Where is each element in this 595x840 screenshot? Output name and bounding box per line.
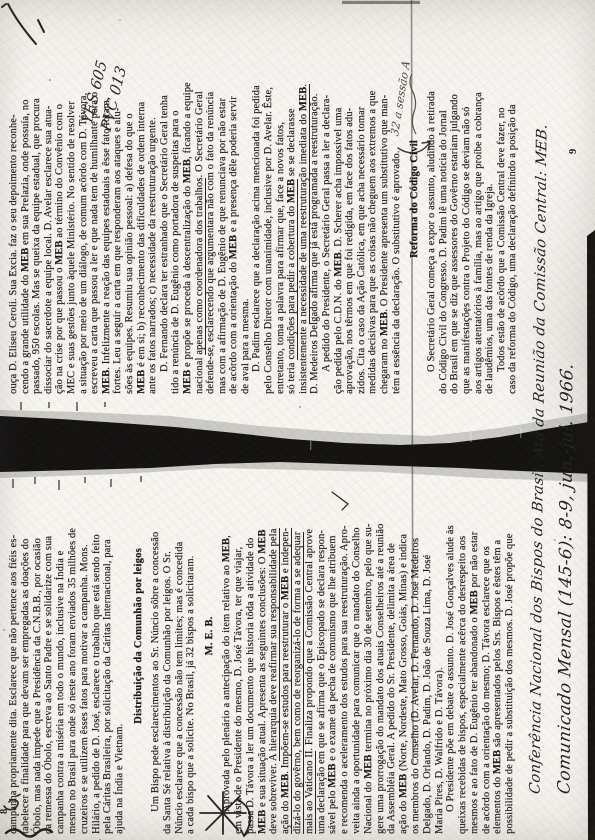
section-heading: M. E. B.	[204, 438, 216, 834]
text-line: pelo Conselho Diretor com unanimidade, i…	[263, 4, 275, 394]
text-line: campanha propriamente dita. Esclarece qu…	[8, 438, 20, 834]
text-line: deve sobreviver. A hierarquia deve reafi…	[268, 438, 280, 834]
text-line: aos artigos atentatórios à família, mas …	[473, 4, 485, 394]
text-line: dizá-lo do govêrno, bem como de reorgani…	[292, 438, 304, 834]
text-line: D. Padim esclarece que a declaração acim…	[251, 4, 263, 394]
text-line: Aprovada pelo plenário a antecipação do …	[221, 438, 233, 834]
text-line: passa D. Távora a ler um documento que h…	[245, 438, 257, 834]
handwritten-citation-line-2: Comunicado Mensal (145-6): 8-9, jun.-jul…	[555, 362, 578, 796]
text-line: caso da reforma do Código, uma declaraçã…	[507, 4, 519, 394]
text-line: uma declaração em que se afirma que o Ep…	[316, 438, 328, 834]
text-line: MEB e propõe se proceda à descentralizaç…	[182, 4, 194, 394]
text-line: ouça D. Eliseu Ceroli. Sua Excia. faz o …	[8, 4, 20, 394]
text-line: da Santa Sé relativa à distribuição da C…	[162, 438, 174, 834]
text-line: a cada bispo que a solicite. No Brasil, …	[185, 438, 197, 834]
text-line: defende-se, esclarecendo que argumentara…	[205, 4, 217, 394]
text-line: do Brasil em que se diz que assessores d…	[449, 4, 461, 394]
text-line: só teria condições para pedir a cobertur…	[286, 4, 298, 394]
text-line: de acôrdo com a orientação do mesmo; D. …	[481, 438, 493, 834]
text-line: pela Cáritas Brasileira, por solicitação…	[102, 438, 114, 834]
scanned-book-spread: campanha propriamente dita. Esclarece qu…	[0, 0, 595, 840]
text-line: O Presidente põe em debate o assunto. D.…	[445, 438, 457, 834]
text-line: ação do MEB. Impõem-se estudos para rees…	[280, 438, 292, 834]
text-line: possibilidade de pedir a substituição do…	[504, 438, 516, 834]
text-line: mais ao Vaticano II. Finaliza propondo q…	[304, 438, 316, 834]
text-line: dissociar do sacerdote a equipe local. D…	[43, 4, 55, 394]
text-line: insistentemente a necessidade de uma ree…	[298, 4, 310, 394]
text-line: campanha contra a miséria em todo o mund…	[55, 438, 67, 834]
text-line: do Código Civil do Congresso. D. Padim l…	[438, 4, 450, 394]
text-line: em vista de o Presidente do mesmo, D. Jo…	[233, 438, 245, 834]
text-line: tido a renúncia de D. Eugênio como porta…	[170, 4, 182, 394]
page-edge-shadow	[587, 230, 595, 840]
text-line: A pedido do Presidente, o Secretário Ger…	[321, 4, 333, 394]
text-line: da Assembléia Geral. A pedido do Sr. Pre…	[386, 438, 398, 834]
text-line: tabelecer a finalidade para que devam se…	[20, 438, 32, 834]
text-line: fortes. Leu a seguir a carta em que resp…	[112, 4, 124, 394]
text-line: D. Fernando declara ter estranhado que o…	[159, 4, 171, 394]
text-line: cruzeiros e se utilizem êsses fatos para…	[79, 438, 91, 834]
text-line: medidas decisivas para que as coisas não…	[367, 4, 379, 394]
text-line: D. Medeiros Delgado afirma que já está p…	[309, 4, 321, 394]
text-line: Nacional do MEB termina no próximo dia 3…	[363, 438, 375, 834]
text-line: e recomenda o aceleramento dos estudos p…	[339, 438, 351, 834]
text-line: ção na crise por que passou o MEB ao tér…	[54, 4, 66, 394]
text-line: ação do MEB (Norte, Nordeste, Mato Gross…	[398, 438, 410, 834]
text-line: aprovação, nos têrmos em que foi redigid…	[344, 4, 356, 394]
text-line: ante os fatos narrados; c) necessidade d…	[147, 4, 159, 394]
page-9-column: ouça D. Eliseu Ceroli. Sua Excia. faz o …	[8, 4, 519, 394]
text-line: gere uma prorrogação do mandato dos atua…	[375, 438, 387, 834]
text-line: elementos do MEB são apresentados pelos …	[492, 438, 504, 834]
text-line: O Secretário Geral começa a expor o assu…	[426, 4, 438, 394]
text-line: ajuda na Índia e Vietnam.	[114, 438, 126, 834]
page-number-8: 8	[0, 809, 10, 814]
text-line: Todos estão de acôrdo que a Comissão Cen…	[496, 4, 508, 394]
text-line: mas com a afirmação de D. Eugênio de que…	[217, 4, 229, 394]
text-line: MEB é em si; b) reconhecimento das dific…	[136, 4, 148, 394]
text-line: entretanto, toma a palavra para afirmar …	[275, 4, 287, 394]
text-line: cendo a grande utilidade do MEB em sua P…	[20, 4, 32, 394]
text-line: veita ainda a oportunidade para comunica…	[351, 438, 363, 834]
text-line: Núncio esclarece que a concessão não tem…	[174, 438, 186, 834]
text-line: Óbolo, mas nada impede que a Presidência…	[32, 438, 44, 834]
text-line: passado, 950 escolas. Mas se queixa da e…	[31, 4, 43, 394]
text-line: Maria Pires, D. Walfrido e D. Távora).	[434, 438, 446, 834]
text-line: MEC e suas gestões junto àquele Ministér…	[66, 4, 78, 394]
text-line: zidos. Cita o caso da Ação Católica, em …	[356, 4, 368, 394]
text-line: mesmos e ao fato de D. Eugênio ter aband…	[469, 438, 481, 834]
text-line: a situação por meio de um diálogo, de co…	[78, 4, 90, 394]
text-line: de acôrdo com a orientação do MEB e a pr…	[228, 4, 240, 394]
text-line: os membros do Conselho (D. Avelar, D. Fe…	[410, 438, 422, 834]
scan-canvas: campanha propriamente dita. Esclarece qu…	[0, 0, 595, 840]
text-line: Hilário, a pedido de D. José, esclarece …	[91, 438, 103, 834]
text-line: MEB e sua situação atual. Apresenta as s…	[257, 438, 269, 834]
text-line: de aval para a mesma.	[240, 4, 252, 394]
text-line: ção pedida pelo C.D.N. do MEB. D. Schere…	[333, 4, 345, 394]
text-line: de laudêmios, uma das fontes de renda da…	[484, 4, 496, 394]
text-line: queixas recebidas de bispos, especialmen…	[457, 438, 469, 834]
section-heading: Distribuição da Comunhão por leigos	[133, 438, 145, 834]
text-line: chegaram no MEB. O Presidente apresenta …	[379, 4, 391, 394]
page-number-9: 9	[568, 149, 579, 154]
text-line: Delgado, D. Orlando, D. Padim, D. João d…	[422, 438, 434, 834]
page-8-column: campanha propriamente dita. Esclarece qu…	[8, 438, 516, 834]
text-line: da remessa do Óbolo, escreva ao Santo Pa…	[43, 438, 55, 834]
text-line: nacional apenas como coordenadora dos tr…	[194, 4, 206, 394]
text-line: mesmo no Brasil para onde só neste ano f…	[67, 438, 79, 834]
text-line: que as manifestações contra o Projeto do…	[461, 4, 473, 394]
text-line: sões às equipes. Resumiu sua opinião pes…	[124, 4, 136, 394]
text-line: Um Bispo pede esclarecimentos ao Sr. Nún…	[150, 438, 162, 834]
text-line: sável pelo MEB e o exame da pecha de com…	[327, 438, 339, 834]
